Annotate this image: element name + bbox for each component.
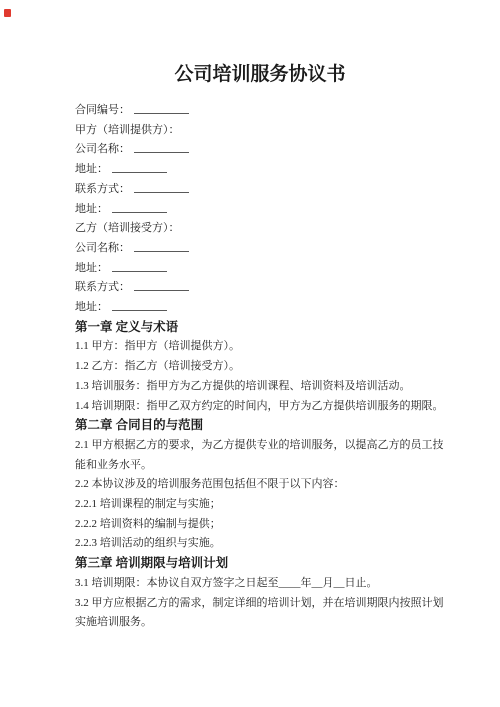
blank-line xyxy=(112,298,167,311)
clause-paragraph: 1.2 乙方：指乙方（培训接受方）。 xyxy=(75,357,445,377)
field-row: 联系方式： xyxy=(75,278,445,298)
clause-paragraph: 2.2 本协议涉及的培训服务范围包括但不限于以下内容： xyxy=(75,475,445,495)
field-row: 公司名称： xyxy=(75,140,445,160)
blank-line xyxy=(134,278,189,291)
clause-paragraph: 2.1 甲方根据乙方的要求，为乙方提供专业的培训服务，以提高乙方的员工技能和业务… xyxy=(75,436,445,475)
document-body: 公司培训服务协议书 合同编号： 甲方（培训提供方）： 公司名称： 地址： 联系方… xyxy=(75,62,445,633)
field-label-company-name: 公司名称： xyxy=(75,143,130,155)
blank-line xyxy=(112,160,167,173)
blank-line xyxy=(134,239,189,252)
field-label-company-name: 公司名称： xyxy=(75,242,130,254)
field-row: 合同编号： xyxy=(75,101,445,121)
clause-paragraph: 3.2 甲方应根据乙方的需求，制定详细的培训计划，并在培训期限内按照计划实施培训… xyxy=(75,594,445,633)
clause-paragraph: 1.1 甲方：指甲方（培训提供方）。 xyxy=(75,337,445,357)
clause-paragraph: 2.2.2 培训资料的编制与提供； xyxy=(75,515,445,535)
field-row: 地址： xyxy=(75,259,445,279)
chapter-heading: 第二章 合同目的与范围 xyxy=(75,416,445,436)
field-row: 联系方式： xyxy=(75,180,445,200)
chapter-heading: 第三章 培训期限与培训计划 xyxy=(75,554,445,574)
clause-paragraph: 2.2.1 培训课程的制定与实施； xyxy=(75,495,445,515)
field-row: 地址： xyxy=(75,298,445,318)
field-row: 地址： xyxy=(75,160,445,180)
chapter-heading: 第一章 定义与术语 xyxy=(75,318,445,338)
field-label-contact: 联系方式： xyxy=(75,183,130,195)
field-label-party-a: 甲方（培训提供方）： xyxy=(75,124,180,136)
blank-line xyxy=(134,140,189,153)
field-label-contact: 联系方式： xyxy=(75,281,130,293)
field-label-address: 地址： xyxy=(75,301,108,313)
clause-paragraph: 3.1 培训期限：本协议自双方签字之日起至____年__月__日止。 xyxy=(75,574,445,594)
clause-paragraph: 1.3 培训服务：指甲方为乙方提供的培训课程、培训资料及培训活动。 xyxy=(75,377,445,397)
document-page: 公司培训服务协议书 合同编号： 甲方（培训提供方）： 公司名称： 地址： 联系方… xyxy=(0,0,500,707)
field-label-address: 地址： xyxy=(75,262,108,274)
field-label-contract-number: 合同编号： xyxy=(75,104,130,116)
red-dot-marker xyxy=(4,9,11,17)
field-label-party-b: 乙方（培训接受方）： xyxy=(75,222,180,234)
document-title: 公司培训服务协议书 xyxy=(75,62,445,88)
clause-paragraph: 2.2.3 培训活动的组织与实施。 xyxy=(75,534,445,554)
clause-paragraph: 1.4 培训期限：指甲乙双方约定的时间内，甲方为乙方提供培训服务的期限。 xyxy=(75,397,445,417)
field-label-address: 地址： xyxy=(75,163,108,175)
field-label-address: 地址： xyxy=(75,203,108,215)
field-row: 甲方（培训提供方）： xyxy=(75,121,445,141)
field-row: 地址： xyxy=(75,200,445,220)
field-row: 公司名称： xyxy=(75,239,445,259)
field-row: 乙方（培训接受方）： xyxy=(75,219,445,239)
blank-line xyxy=(112,200,167,213)
blank-line xyxy=(112,259,167,272)
blank-line xyxy=(134,180,189,193)
blank-line xyxy=(134,101,189,114)
